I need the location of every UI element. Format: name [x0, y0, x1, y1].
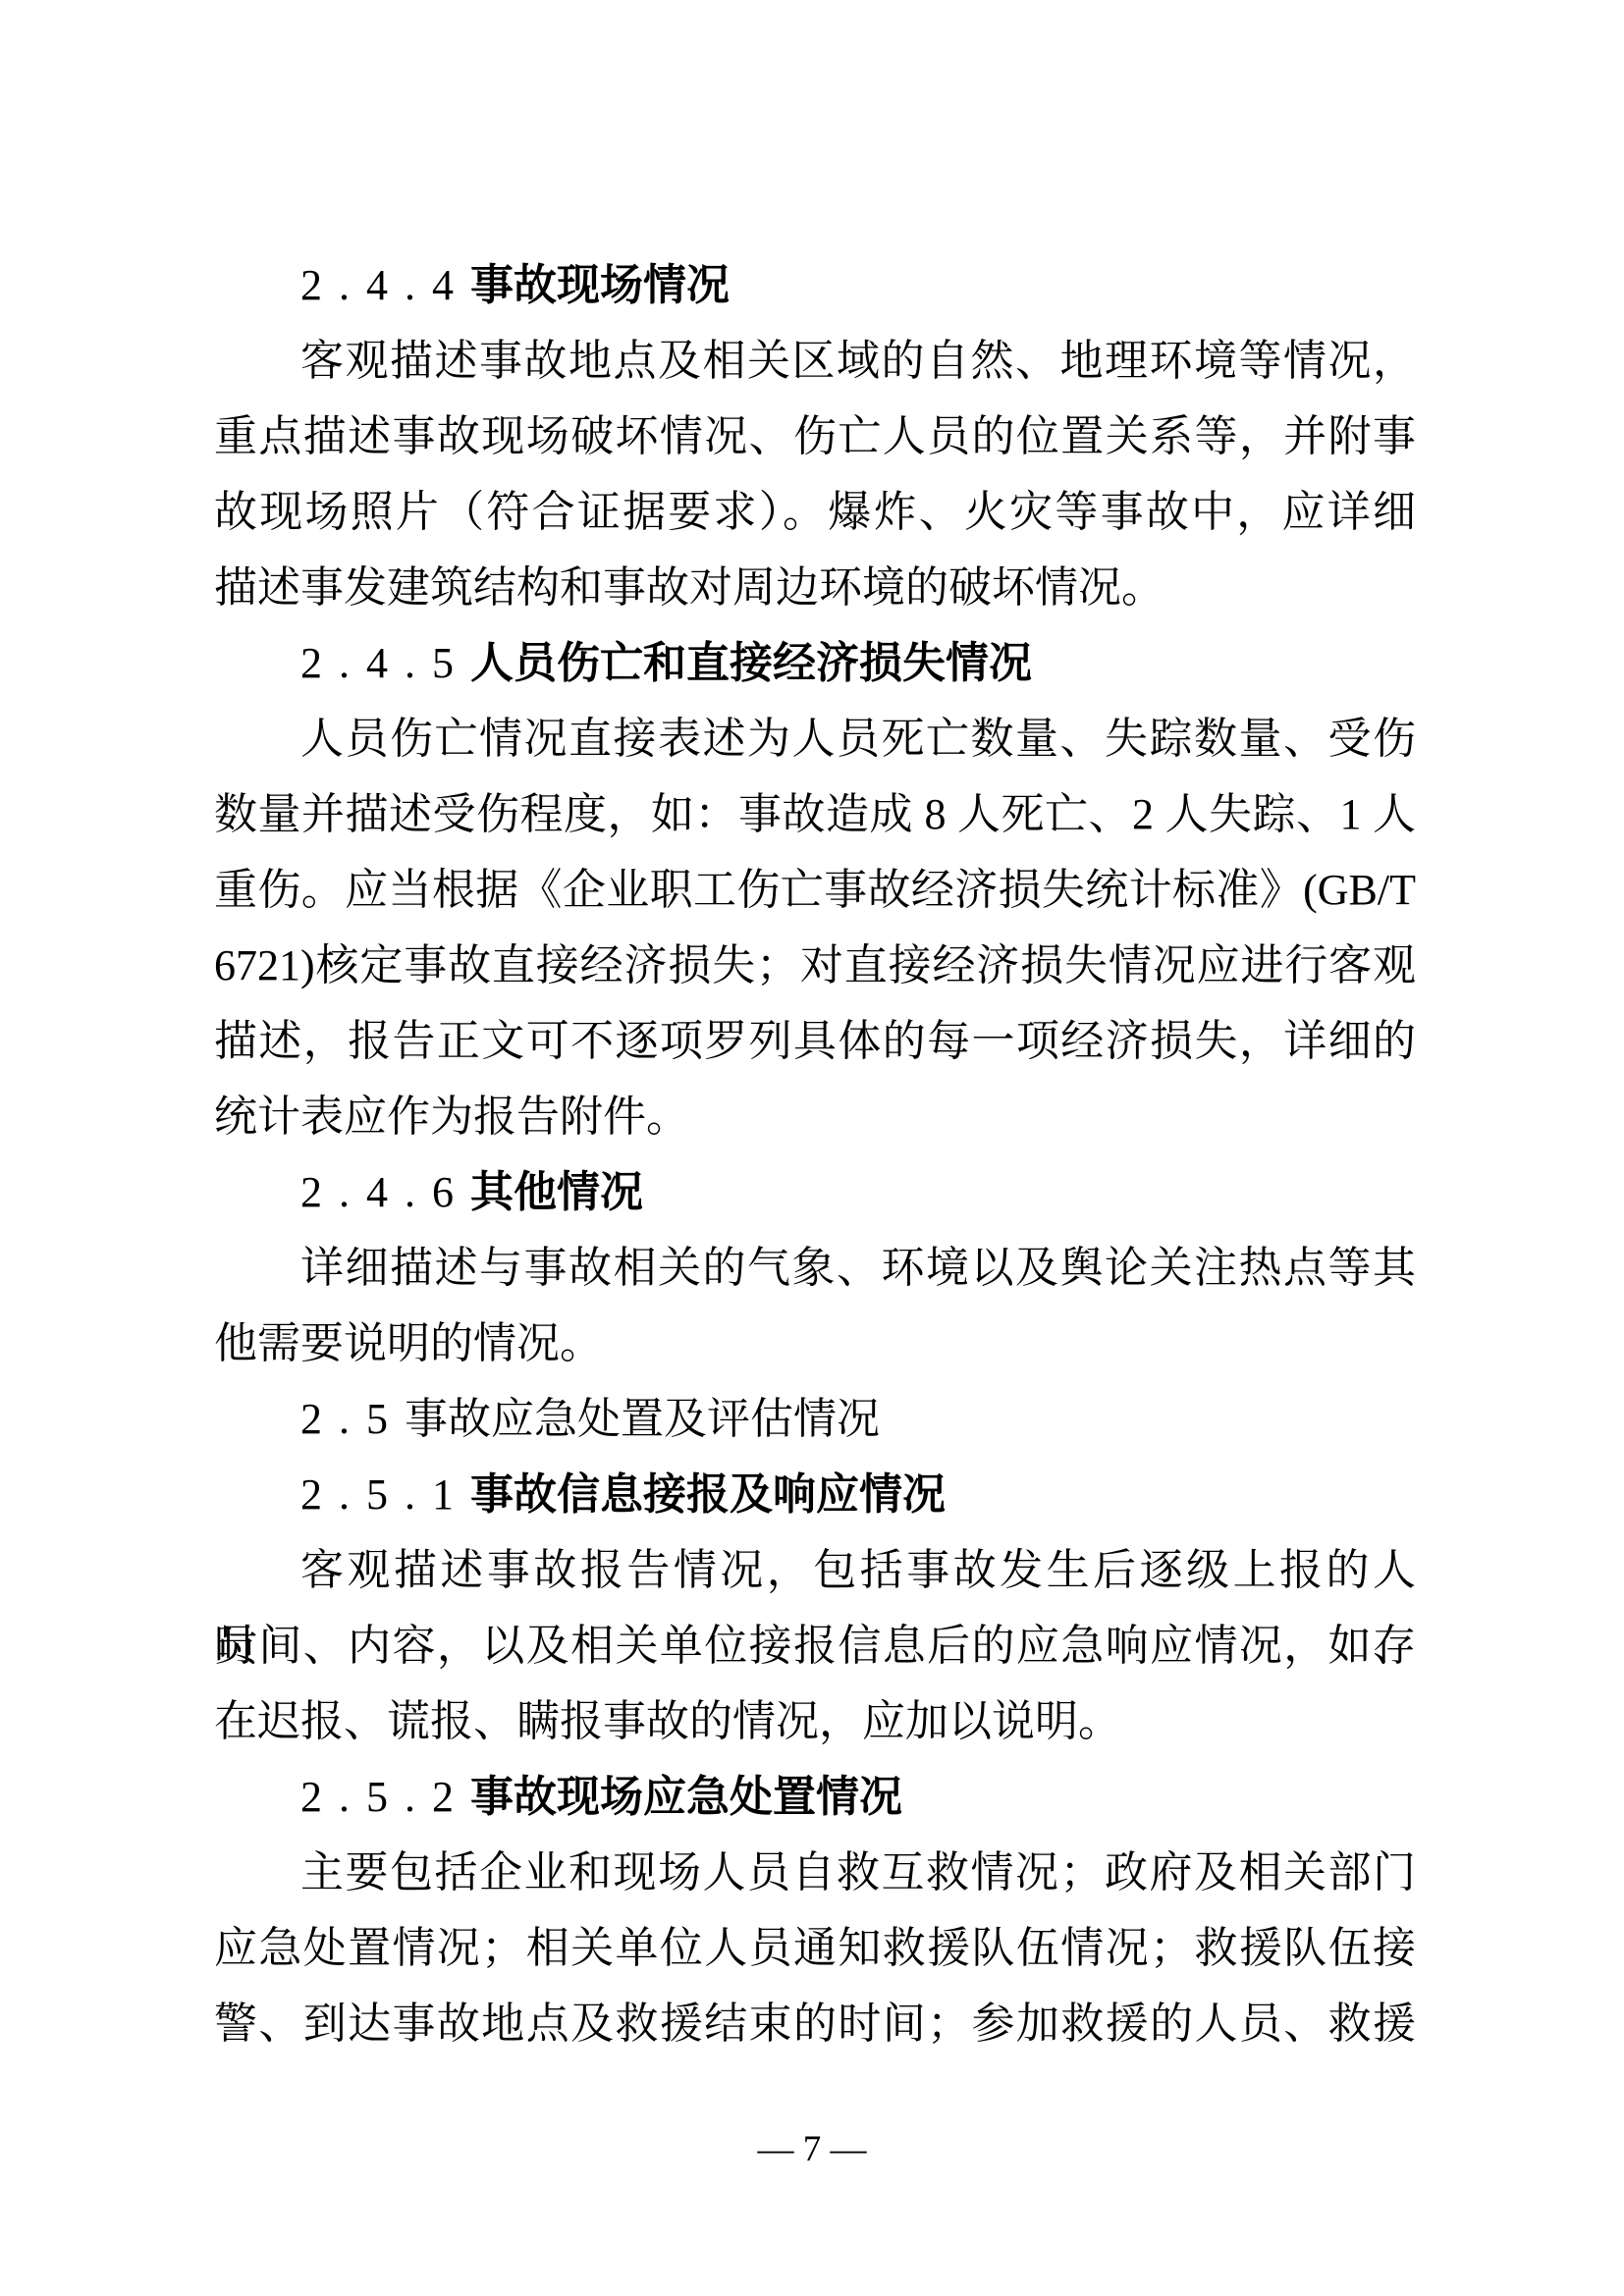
heading-number: 2.5.2: [300, 1773, 470, 1821]
heading-line: 2.5.2事故现场应急处置情况: [214, 1759, 1416, 1835]
heading-title: 事故现场应急处置情况: [470, 1773, 902, 1821]
text-line: 重伤。应当根据《企业职工伤亡事故经济损失统计标准》(GB/T: [214, 852, 1416, 928]
text-line: 描述，报告正文可不逐项罗列具体的每一项经济损失，详细的: [214, 1003, 1416, 1079]
text-line: 时间、内容，以及相关单位接报信息后的应急响应情况，如存: [214, 1608, 1416, 1683]
text-line: 描述事发建筑结构和事故对周边环境的破坏情况。: [214, 550, 1416, 625]
heading-title: 事故应急处置及评估情况: [405, 1395, 880, 1443]
text-line: 数量并描述受伤程度，如：事故造成 8 人死亡、2 人失踪、1 人: [214, 776, 1416, 852]
text-line: 重点描述事故现场破坏情况、伤亡人员的位置关系等，并附事: [214, 399, 1416, 474]
page-number: — 7 —: [0, 2128, 1624, 2171]
heading-number: 2.5: [300, 1395, 405, 1443]
heading-line: 2.5.1事故信息接报及响应情况: [214, 1457, 1416, 1532]
heading-line: 2.4.5人员伤亡和直接经济损失情况: [214, 625, 1416, 701]
heading-title: 其他情况: [470, 1168, 643, 1216]
text-line: 故现场照片（符合证据要求）。爆炸、火灾等事故中，应详细: [214, 474, 1416, 550]
heading-number: 2.4.6: [300, 1168, 470, 1216]
text-line: 客观描述事故地点及相关区域的自然、地理环境等情况，: [214, 323, 1416, 399]
heading-number: 2.5.1: [300, 1470, 470, 1519]
text-line: 人员伤亡情况直接表述为人员死亡数量、失踪数量、受伤: [214, 701, 1416, 776]
heading-title: 人员伤亡和直接经济损失情况: [470, 639, 1032, 687]
text-line: 主要包括企业和现场人员自救互救情况；政府及相关部门: [214, 1835, 1416, 1910]
text-line: 在迟报、谎报、瞒报事故的情况，应加以说明。: [214, 1683, 1416, 1759]
text-line: 他需要说明的情况。: [214, 1306, 1416, 1381]
text-line: 警、到达事故地点及救援结束的时间；参加救援的人员、救援: [214, 1986, 1416, 2061]
text-line: 统计表应作为报告附件。: [214, 1079, 1416, 1154]
heading-number: 2.4.5: [300, 639, 470, 687]
heading-line: 2.4.4事故现场情况: [214, 247, 1416, 323]
text-block: 2.4.4事故现场情况客观描述事故地点及相关区域的自然、地理环境等情况，重点描述…: [214, 247, 1416, 2061]
text-line: 应急处置情况；相关单位人员通知救援队伍情况；救援队伍接: [214, 1910, 1416, 1986]
text-line: 详细描述与事故相关的气象、环境以及舆论关注热点等其: [214, 1230, 1416, 1306]
heading-line: 2.5事故应急处置及评估情况: [214, 1381, 1416, 1457]
document-page: 2.4.4事故现场情况客观描述事故地点及相关区域的自然、地理环境等情况，重点描述…: [0, 0, 1624, 2296]
heading-number: 2.4.4: [300, 261, 470, 309]
heading-title: 事故信息接报及响应情况: [470, 1470, 946, 1519]
text-line: 6721)核定事故直接经济损失；对直接经济损失情况应进行客观: [214, 928, 1416, 1003]
heading-line: 2.4.6其他情况: [214, 1154, 1416, 1230]
heading-title: 事故现场情况: [470, 261, 730, 309]
text-line: 客观描述事故报告情况，包括事故发生后逐级上报的人员、: [214, 1532, 1416, 1608]
